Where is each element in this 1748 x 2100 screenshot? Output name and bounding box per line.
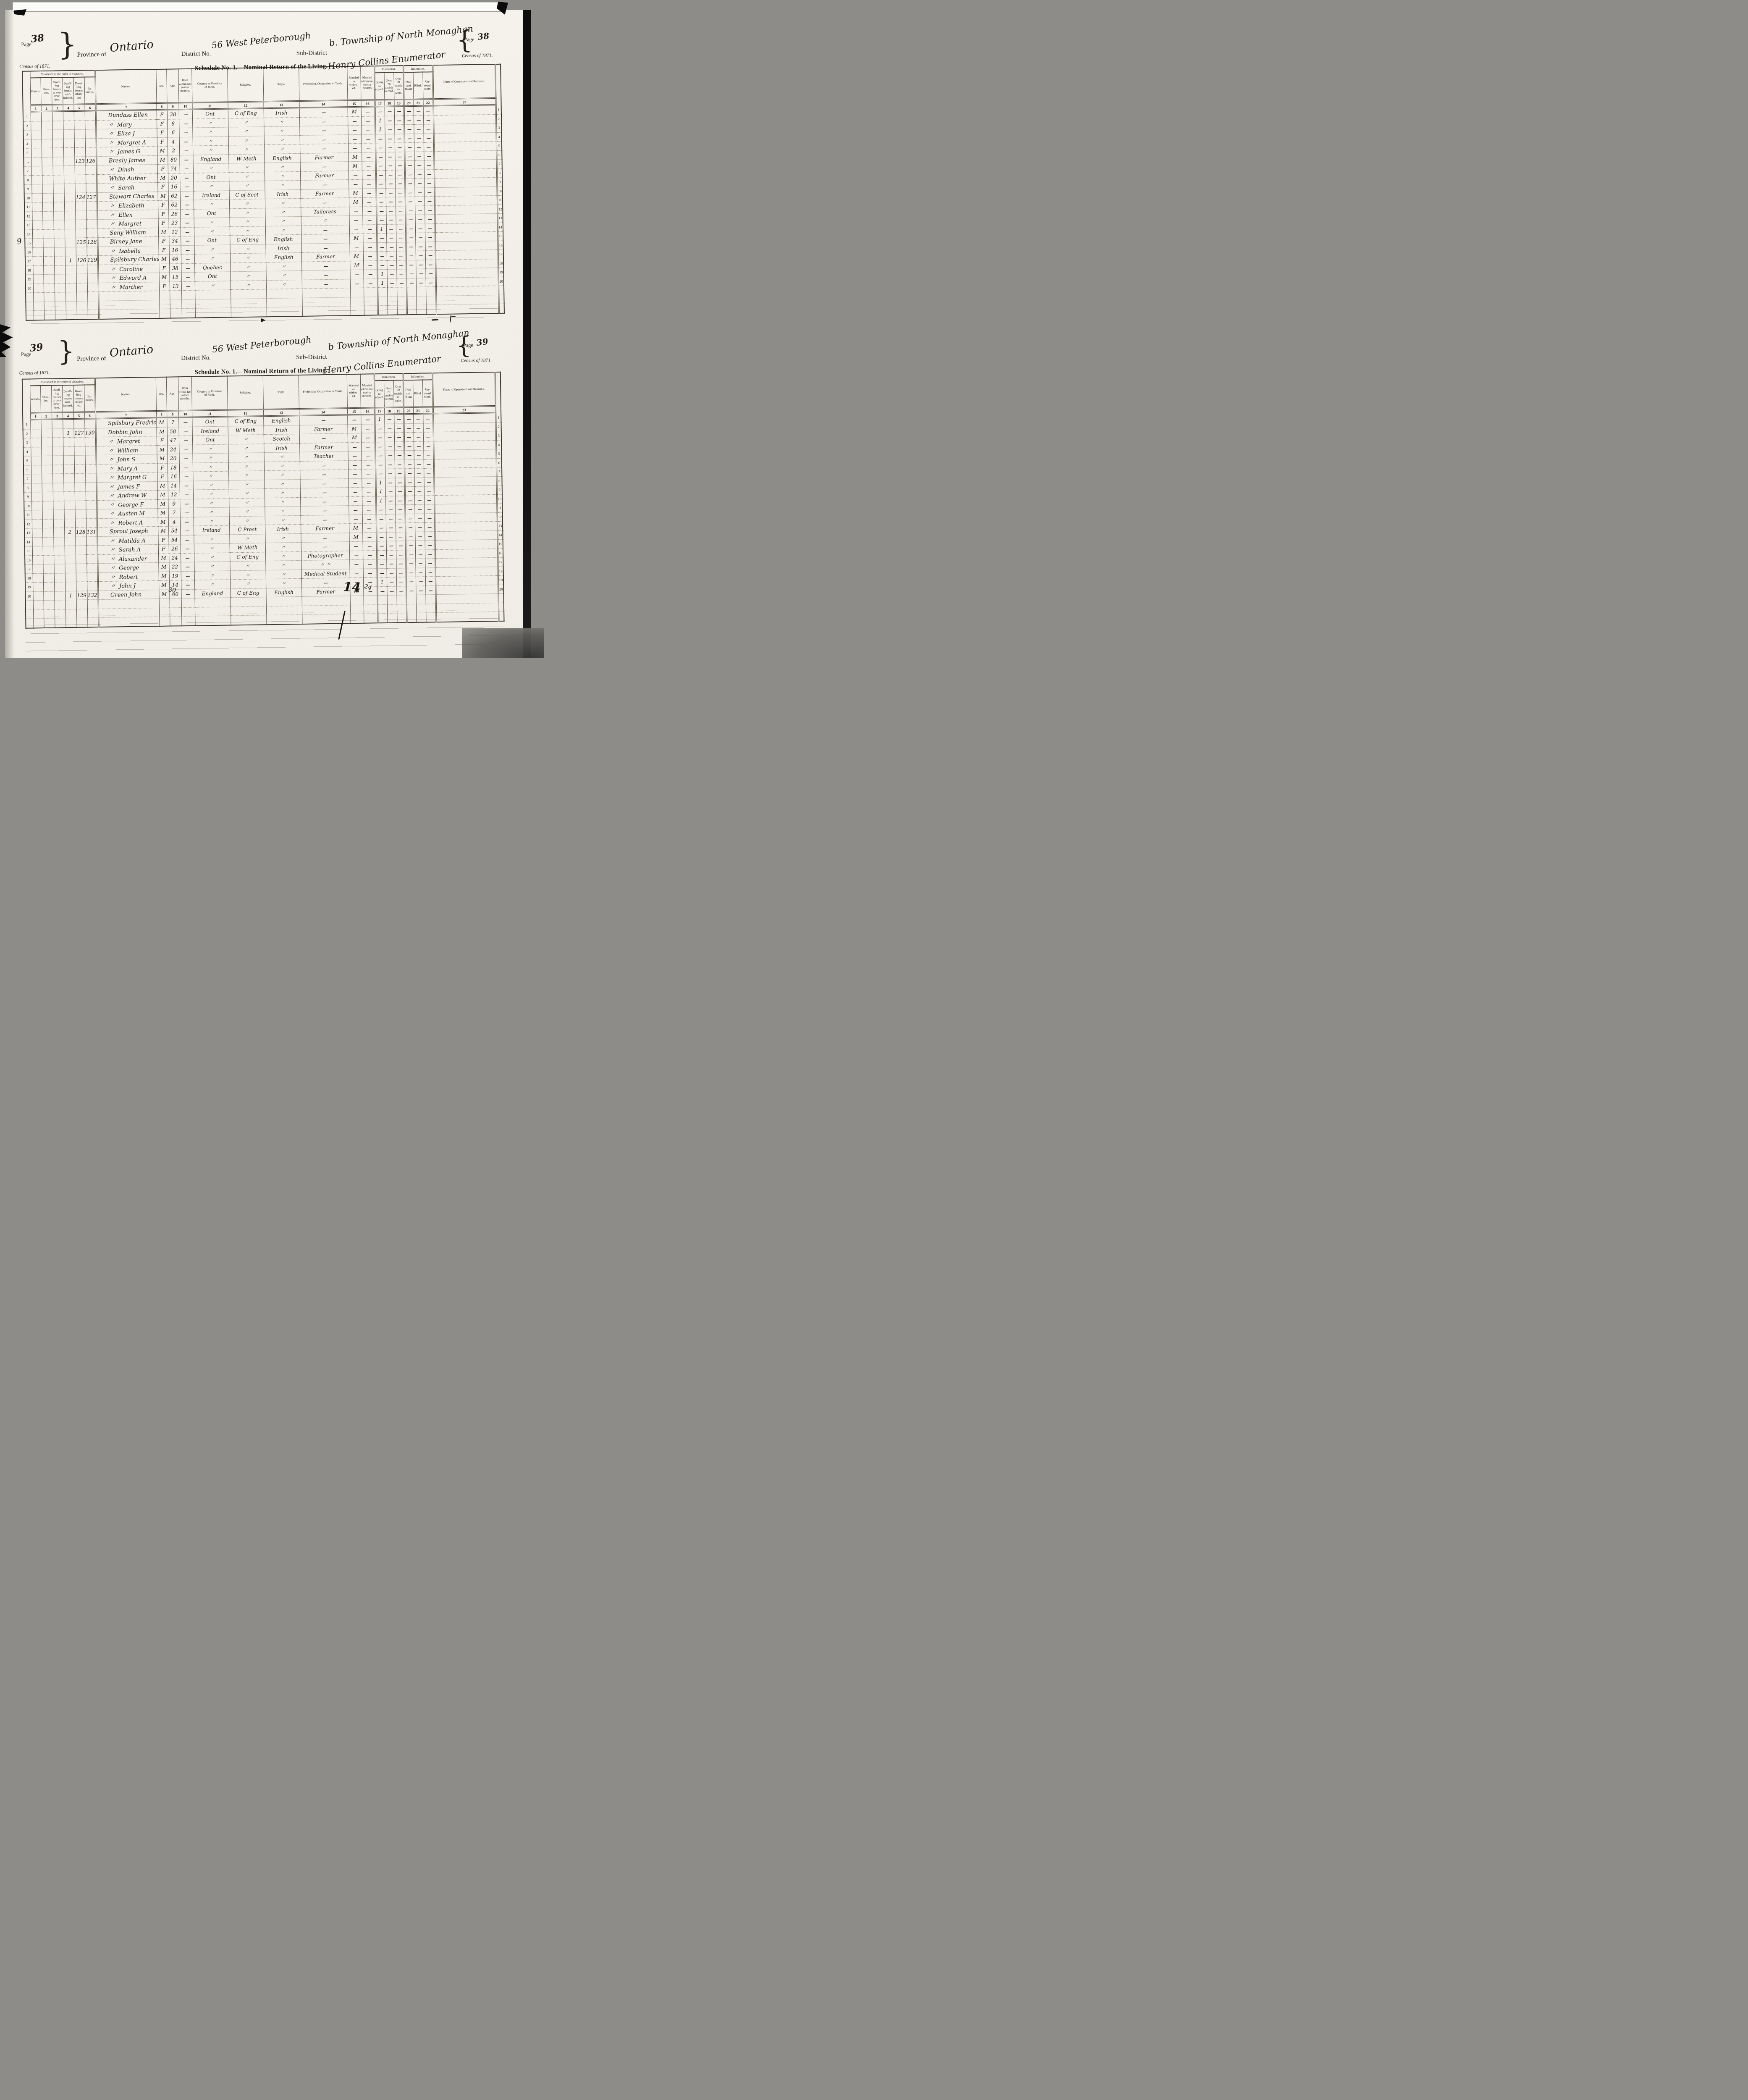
empty-cell [55, 600, 66, 609]
cell-col-19: — [395, 161, 405, 170]
cell-col-2 [42, 537, 53, 546]
cell-col-10: — [181, 571, 194, 580]
cell-value: — [186, 248, 189, 253]
cell-col-14: 〃 [301, 216, 349, 226]
cell-value: — [408, 191, 412, 195]
cell-col-1 [31, 492, 42, 501]
cell-value: — [398, 480, 401, 485]
cell-value: — [353, 137, 356, 142]
cell-col-16: — [362, 523, 376, 533]
cell-col-9: 58 [167, 427, 179, 436]
cell-value: — [366, 128, 370, 133]
cell-col-1 [32, 239, 43, 248]
cell-value: 〃 [246, 273, 251, 279]
col-18-header: Over 20 unable to read. [384, 73, 394, 100]
cell-col-21: — [416, 577, 425, 586]
cell-value: — [184, 167, 188, 171]
cell-col-2 [43, 591, 54, 601]
cell-col-1 [33, 573, 43, 583]
cell-col-16: — [363, 559, 377, 569]
cell-col-7: 〃 George [97, 562, 158, 572]
cell-value: — [418, 199, 422, 204]
cell-value: — [398, 200, 402, 205]
cell-col-19: — [396, 242, 406, 251]
cell-value: — [185, 520, 189, 525]
row-number-left: 16 [25, 555, 32, 564]
cell-value: 1 [378, 118, 382, 123]
page-38-header: Page38Census of 1871.}Province ofOntario… [4, 8, 522, 71]
cell-col-21: — [416, 568, 425, 577]
cell-value: 〃 George F [109, 501, 144, 508]
cell-col-2 [41, 429, 52, 438]
subdistrict-label: Sub-District [296, 50, 328, 57]
cell-value: 54 [171, 537, 178, 543]
cell-col-17: — [377, 559, 386, 568]
cell-col-14: — [301, 234, 349, 244]
cell-col-10: — [181, 544, 194, 553]
row-number-right: 18 [498, 259, 503, 268]
infirmities-group-header: Infirmities. [403, 373, 432, 380]
cell-value: — [399, 245, 403, 249]
cell-value: — [428, 580, 432, 584]
cell-col-13: 〃 [265, 216, 301, 226]
cell-col-6 [85, 147, 96, 157]
cell-col-15: M [349, 533, 362, 542]
cell-col-21: — [415, 514, 425, 523]
cell-value: English [273, 155, 292, 161]
cell-col-3 [52, 474, 63, 483]
cell-col-22: — [425, 197, 435, 206]
cell-col-23 [434, 494, 497, 504]
cell-value: 〃 Mary [108, 122, 132, 129]
cell-col-10: — [179, 146, 193, 155]
cell-col-1 [31, 166, 42, 176]
cell-col-17: — [376, 179, 385, 188]
cell-col-6 [86, 174, 97, 184]
cell-value: M [160, 193, 166, 199]
empty-cell [66, 600, 76, 609]
cell-col-17: 1 [377, 278, 387, 288]
cell-value: — [397, 118, 401, 123]
empty-cell [387, 287, 397, 297]
cell-col-9: 24 [169, 553, 181, 562]
cell-col-12: 〃 [228, 480, 264, 489]
empty-cell [231, 289, 266, 299]
cell-value: — [388, 155, 392, 159]
cell-value: — [419, 580, 422, 584]
cell-value: 〃 Mary A [108, 465, 138, 472]
cell-value: 19 [172, 573, 178, 579]
cell-col-5 [74, 483, 85, 492]
cell-col-18: — [385, 433, 394, 442]
cell-col-8: M [159, 273, 169, 282]
cell-value: F [160, 465, 164, 470]
cell-value: W Meth [236, 427, 256, 433]
cell-col-11: Ireland [194, 190, 229, 200]
col-1-header: Vessels. [30, 386, 41, 413]
cell-col-15: — [349, 541, 363, 551]
cell-col-18: — [385, 451, 394, 460]
cell-col-7: 〃 George F [97, 499, 157, 509]
cell-col-13: English [265, 234, 301, 244]
column-number: 8 [156, 103, 167, 110]
cell-value: 〃 [210, 220, 214, 225]
cell-value: — [389, 526, 393, 530]
cell-value: 〃 [280, 509, 285, 514]
cell-value: Irish [275, 427, 287, 433]
cell-col-9: 4 [168, 137, 179, 146]
cell-col-6 [86, 202, 97, 211]
cell-col-23 [435, 512, 497, 522]
cell-col-1 [31, 130, 41, 139]
cell-col-13: 〃 [264, 470, 300, 480]
cell-value: 〃 [244, 147, 249, 152]
cell-value: — [324, 581, 328, 585]
cell-col-23 [434, 159, 497, 169]
cell-value: — [366, 436, 370, 441]
row-number-right: 15 [498, 231, 503, 241]
cell-value: — [419, 262, 422, 267]
cell-col-11: 〃 [193, 163, 229, 173]
cell-col-19: — [396, 568, 406, 577]
empty-cell [426, 595, 436, 604]
cell-col-20: — [406, 242, 415, 251]
cell-col-16: — [362, 188, 376, 197]
cell-value: — [427, 480, 431, 485]
cell-col-4: 2 [64, 528, 75, 537]
census-of-label: Census of 1871. [461, 358, 492, 363]
cell-col-10: — [180, 209, 194, 218]
cell-value: W Meth [237, 545, 257, 551]
cell-value: — [417, 136, 421, 141]
col-23-header: Dates of Operations and Remarks. [432, 64, 495, 99]
table-header: Numbered in the order of visitation.Name… [22, 64, 501, 112]
row-number-left: 11 [24, 202, 32, 212]
empty-cell [364, 288, 377, 297]
cell-value: — [380, 245, 384, 250]
cell-value: 80 [170, 157, 177, 163]
census-of-label: Census of 1871. [19, 64, 50, 69]
column-number: 13 [263, 409, 299, 416]
col-21-header: Blind. [413, 72, 423, 100]
cell-value: C of Eng [234, 418, 257, 425]
cell-value: — [417, 462, 421, 467]
cell-value: M [353, 190, 358, 196]
cell-value: 〃 [280, 472, 284, 478]
cell-value: — [409, 236, 413, 240]
empty-cell [266, 289, 302, 298]
cell-value: — [322, 110, 325, 115]
cell-col-2 [42, 184, 53, 193]
cell-value: — [399, 562, 403, 567]
row-number-right: 12 [497, 205, 503, 214]
cell-value: — [183, 113, 187, 117]
cell-value: — [367, 499, 371, 504]
cell-value: — [379, 164, 383, 168]
cell-col-18: — [385, 152, 395, 161]
cell-value: — [390, 245, 393, 249]
cell-value: 129 [77, 592, 86, 598]
census-page-38: Page38Census of 1871.}Province ofOntario… [7, 13, 524, 337]
cell-value: — [428, 236, 432, 240]
cell-col-1 [32, 202, 42, 212]
col-14-header: Profession, Occupation or Trade. [299, 66, 347, 101]
empty-cell [66, 292, 76, 301]
row-number-right: 3 [496, 431, 501, 440]
cell-value: 〃 [280, 147, 284, 152]
cell-col-10: — [181, 263, 194, 273]
cell-col-6 [85, 473, 96, 483]
column-number: 6 [84, 104, 95, 111]
cell-col-12: C of Eng [228, 108, 264, 118]
cell-col-4 [64, 537, 75, 546]
cell-value: — [184, 448, 188, 452]
cell-col-2 [41, 438, 52, 447]
cell-col-4 [63, 465, 74, 474]
cell-col-13: 〃 [266, 270, 301, 280]
cell-col-3 [54, 274, 65, 283]
cell-col-22: — [425, 215, 435, 224]
col-21-header: Blind. [413, 380, 423, 407]
empty-cell [266, 596, 302, 606]
cell-col-22: — [425, 241, 435, 251]
cell-col-7: 〃 Matilda A [97, 535, 158, 546]
cell-col-16: — [362, 496, 376, 505]
cell-value: — [380, 236, 384, 241]
cell-col-18: — [386, 233, 396, 242]
instruction-group-header: Instruction. [374, 373, 403, 381]
cell-col-15: M [349, 234, 363, 243]
cell-value: Ont [206, 174, 216, 180]
cell-value: — [417, 181, 421, 186]
cell-value: 〃 Elizabeth [110, 203, 145, 210]
cell-col-11: 〃 [194, 226, 230, 236]
row-number-left: 9 [24, 184, 31, 194]
cell-value: 〃 Dinah [109, 167, 134, 173]
cell-col-5 [74, 446, 85, 456]
cell-col-21: — [414, 160, 424, 170]
cell-value: — [184, 493, 188, 497]
cell-value: 〃 [280, 165, 285, 170]
cell-value: F [162, 265, 166, 271]
cell-col-21: — [414, 432, 423, 441]
empty-cell [159, 291, 170, 300]
cell-value: 〃 Edword A [110, 275, 147, 282]
cell-value: — [368, 571, 372, 576]
cell-col-10: — [181, 218, 194, 227]
cell-value: M [160, 492, 165, 498]
cell-value: — [427, 507, 431, 512]
cell-col-11: 〃 [193, 471, 228, 481]
cell-col-12: 〃 [228, 127, 264, 136]
cell-col-14: — [300, 144, 348, 153]
cell-col-8: M [157, 481, 168, 491]
cell-value: — [322, 500, 326, 504]
cell-col-13: 〃 [265, 180, 300, 190]
cell-col-17: 1 [375, 478, 385, 487]
row-number-right: 4 [496, 440, 501, 449]
cell-col-21: — [414, 115, 423, 125]
cell-col-18: — [385, 460, 395, 469]
cell-col-18: — [385, 106, 394, 116]
cell-value: — [407, 127, 411, 132]
cell-value: M [353, 199, 359, 205]
cell-col-19: — [394, 441, 404, 451]
cell-col-2 [42, 528, 53, 537]
cell-value: 〃 [209, 184, 213, 189]
cell-value: 2 [68, 529, 71, 535]
empty-cell [33, 601, 44, 610]
empty-cell [76, 600, 87, 609]
cell-col-2 [43, 238, 54, 247]
cell-value: — [379, 146, 383, 150]
cell-value: — [417, 453, 421, 458]
page-word-label: Page [21, 41, 31, 47]
column-number: 10 [178, 410, 192, 417]
cell-value: 〃 [246, 255, 250, 261]
cell-value: — [427, 471, 430, 476]
cell-col-19: — [394, 451, 404, 460]
cell-col-15: — [349, 487, 362, 496]
cell-value: 〃 [209, 501, 213, 506]
cell-value: — [388, 454, 392, 458]
cell-col-4 [64, 175, 75, 184]
cell-col-15: — [349, 551, 363, 560]
cell-value: Ont [208, 273, 218, 279]
row-number-gutter [22, 379, 30, 420]
cell-col-21: — [413, 414, 423, 423]
cell-col-7: 〃 Austen M [97, 508, 157, 518]
cell-col-20: — [405, 532, 415, 541]
cell-value: 〃 [208, 446, 212, 452]
cell-col-11: 〃 [194, 254, 230, 263]
cell-col-19: — [394, 433, 404, 442]
cell-col-19: — [395, 469, 404, 478]
cell-value: 62 [171, 193, 177, 199]
cell-col-4 [63, 455, 74, 465]
cell-value: C of Eng [236, 554, 259, 560]
cell-col-7: 〃 Isabella [98, 246, 159, 256]
row-number-left: 7 [24, 166, 31, 176]
cell-value: 1 [380, 226, 383, 232]
cell-value: — [418, 552, 422, 557]
empty-cell [33, 293, 44, 302]
cell-col-21: — [415, 188, 425, 197]
cell-value: — [367, 182, 371, 187]
cell-value: — [353, 463, 356, 468]
cell-col-22: — [425, 233, 435, 242]
cell-value: Ont [205, 111, 215, 117]
cell-col-13: Irish [264, 108, 299, 118]
cell-col-3 [55, 283, 66, 292]
cell-col-5 [74, 129, 85, 139]
cell-col-7: Spilsbury Charles [98, 255, 159, 265]
cell-col-9: 62 [168, 200, 180, 210]
cell-col-20: — [406, 550, 415, 559]
cell-value: Ont [205, 437, 215, 443]
cell-col-3 [52, 111, 63, 121]
col-17-header: Going to school. [374, 381, 384, 408]
cell-col-1 [32, 211, 42, 220]
cell-col-12: 〃 [229, 498, 265, 507]
cell-col-2 [42, 211, 53, 220]
col-2-header: Shan- ties. [40, 386, 52, 413]
cell-value: — [398, 209, 402, 213]
cell-value: — [389, 553, 393, 557]
cell-value: — [409, 589, 413, 593]
cell-col-20: — [405, 514, 415, 523]
cell-col-13: 〃 [266, 262, 301, 271]
cell-value: — [409, 535, 412, 539]
cell-col-13: 〃 [265, 542, 301, 552]
cell-value: M [161, 256, 167, 262]
cell-value: 16 [171, 184, 177, 190]
cell-col-7: 〃 Elizabeth [97, 200, 158, 210]
cell-col-15: — [347, 415, 361, 424]
cell-value: — [367, 155, 370, 160]
cell-col-4 [63, 437, 74, 446]
cell-value: F [162, 211, 165, 217]
cell-col-22: — [424, 151, 434, 160]
cell-value: — [354, 554, 358, 558]
row-number-left: 15 [25, 546, 32, 556]
cell-col-12: 〃 [228, 462, 264, 471]
cell-value: Ont [207, 237, 217, 243]
cell-value: 〃 [280, 183, 285, 188]
cell-value: F [161, 166, 165, 172]
cell-col-12: 〃 [229, 534, 265, 543]
row-number-gutter [495, 372, 501, 413]
cell-col-18: — [386, 206, 396, 215]
cell-col-16: — [363, 568, 377, 577]
cell-value: M [351, 426, 357, 432]
cell-value: — [367, 508, 371, 513]
cell-col-21: — [416, 251, 425, 260]
cell-col-22: — [423, 423, 433, 432]
cell-value: — [408, 145, 411, 150]
cell-col-6: 131 [86, 528, 97, 537]
cell-value: — [408, 471, 411, 476]
cell-value: 20 [170, 456, 176, 462]
cell-value: — [367, 517, 371, 522]
cell-value: 2 [172, 148, 175, 154]
cell-col-9: 2 [168, 146, 179, 155]
cell-col-4 [64, 202, 75, 211]
cell-value: — [408, 489, 411, 494]
col-20-header: Deaf and Dumb [403, 72, 413, 100]
cell-col-12: 〃 [230, 217, 265, 227]
cell-col-17: — [375, 424, 385, 433]
cell-col-5: 127 [74, 428, 85, 438]
empty-cell [98, 291, 159, 301]
cell-col-7: Sproul Joseph [97, 526, 158, 536]
cell-value: — [427, 172, 431, 177]
row-number-left: 19 [25, 583, 33, 592]
cell-value: — [388, 436, 391, 440]
cell-col-21: — [416, 586, 425, 595]
row-number-right: 10 [497, 494, 502, 504]
census-of-label: Census of 1871. [462, 53, 493, 58]
cell-value: — [184, 149, 188, 153]
row-number-left: 20 [25, 591, 33, 601]
cell-value: 〃 Austen M [109, 511, 145, 517]
empty-cell [406, 595, 416, 604]
cell-value: Farmer [316, 254, 335, 260]
cell-col-9: 26 [169, 544, 181, 554]
cell-value: 58 [170, 428, 176, 434]
cell-value: — [409, 562, 413, 566]
cell-col-23 [435, 539, 498, 549]
